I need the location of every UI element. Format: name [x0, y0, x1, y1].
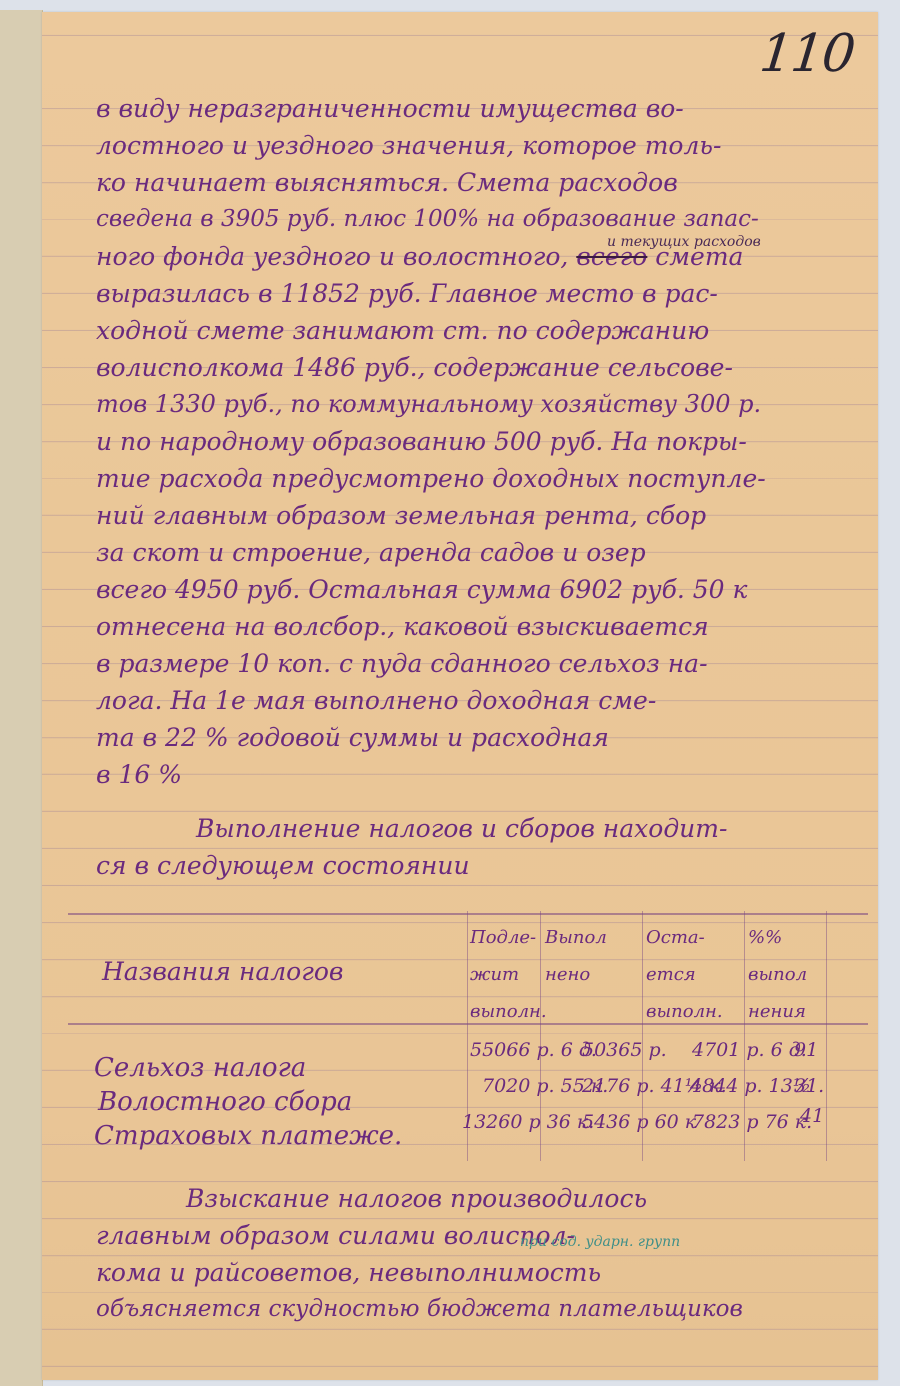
- text-line: главным образом силами волиспол-: [96, 1217, 876, 1254]
- text-line: Взыскание налогов производилось: [96, 1180, 876, 1217]
- text-line: сведена в 3905 руб. плюс 100% на образов…: [96, 201, 876, 238]
- header-line: выполн.: [646, 993, 723, 1030]
- table-cell-remaining: 4701 р. 6 д.: [692, 1039, 807, 1061]
- text-line: лостного и уездного значения, которое то…: [96, 127, 876, 164]
- header-remaining: Оста- ется выполн.: [646, 919, 723, 1030]
- table-cell-done: 50365 р.: [582, 1039, 667, 1061]
- header-line: ется: [646, 956, 723, 993]
- header-line: Оста-: [646, 919, 723, 956]
- text-line: и по народному образованию 500 руб. На п…: [96, 423, 876, 460]
- text-line: в размере 10 коп. с пуда сданного сельхо…: [96, 645, 876, 682]
- text-line: та в 22 % годовой суммы и расходная: [96, 719, 876, 756]
- text-fragment: ного фонда уездного и волостного,: [96, 242, 576, 271]
- table-cell-remaining: 7823 р 76 к.: [692, 1111, 812, 1133]
- table-border-top: [68, 913, 868, 915]
- paragraph-budget: в виду неразграниченности имущества во- …: [96, 90, 876, 793]
- header-line: Выпол: [545, 919, 607, 956]
- text-line: выразилась в 11852 руб. Главное место в …: [96, 275, 876, 312]
- tax-table: Названия налогов Подле- жит выполн. Выпо…: [42, 905, 872, 1155]
- page-number: 110: [757, 24, 857, 84]
- text-line: в 16 %: [96, 756, 876, 793]
- header-line: Подле-: [470, 919, 547, 956]
- header-tax-names: Названия налогов: [102, 953, 343, 990]
- table-cell-percent: 91: [794, 1039, 818, 1061]
- table-cell-due: 55066 р. 6 д.: [470, 1039, 597, 1061]
- document-page: 110 в виду неразграниченности имущества …: [42, 12, 878, 1380]
- text-line: в виду неразграниченности имущества во-: [96, 90, 876, 127]
- green-handwritten-insertion: при сод. ударн. групп: [520, 1234, 680, 1250]
- text-line: Выполнение налогов и сборов находит-: [96, 810, 876, 847]
- header-percent: %% выпол нения: [748, 919, 807, 1030]
- header-line: выполн.: [470, 993, 547, 1030]
- text-line: волисполкома 1486 руб., содержание сельс…: [96, 349, 876, 386]
- text-line: тов 1330 руб., по коммунальному хозяйств…: [96, 386, 876, 423]
- table-cell-due: 13260 р 36 к.: [462, 1111, 594, 1133]
- header-line: нено: [545, 956, 607, 993]
- paragraph-collection: Взыскание налогов производилось главным …: [96, 1180, 876, 1328]
- header-line: выпол: [748, 956, 807, 993]
- text-line: кома и райсоветов, невыполнимость: [96, 1254, 876, 1291]
- binding-margin-strip: [0, 10, 43, 1386]
- text-line: лога. На 1е мая выполнено доходная сме-: [96, 682, 876, 719]
- text-line: всего 4950 руб. Остальная сумма 6902 руб…: [96, 571, 876, 608]
- table-cell-percent: 31.: [794, 1075, 824, 1097]
- table-cell-percent: 41: [800, 1105, 824, 1127]
- text-line: ний главным образом земельная рента, сбо…: [96, 497, 876, 534]
- table-row-name: Страховых платеже.: [94, 1121, 402, 1151]
- header-line: жит: [470, 956, 547, 993]
- text-line: ся в следующем состоянии: [96, 847, 876, 884]
- text-line: ко начинает выясняться. Смета расходов: [96, 164, 876, 201]
- header-line: нения: [748, 993, 807, 1030]
- column-divider: [826, 911, 827, 1161]
- table-row-name: Сельхоз налога: [94, 1053, 306, 1083]
- text-line: отнесена на волсбор., каковой взыскивает…: [96, 608, 876, 645]
- header-done: Выпол нено: [545, 919, 607, 993]
- text-line: за скот и строение, аренда садов и озер: [96, 534, 876, 571]
- paragraph-tax-status: Выполнение налогов и сборов находит- ся …: [96, 810, 876, 884]
- header-line: %%: [748, 919, 807, 956]
- table-row-name: Волостного сбора: [98, 1087, 352, 1117]
- header-due: Подле- жит выполн.: [470, 919, 547, 1030]
- table-cell-done: 5436 р 60 к: [582, 1111, 696, 1133]
- text-line: ходной смете занимают ст. по содержанию: [96, 312, 876, 349]
- text-line: тие расхода предусмотрено доходных посту…: [96, 460, 876, 497]
- text-line: объясняется скудностью бюджета плательщи…: [96, 1291, 876, 1328]
- handwritten-insertion: и текущих расходов: [607, 234, 761, 250]
